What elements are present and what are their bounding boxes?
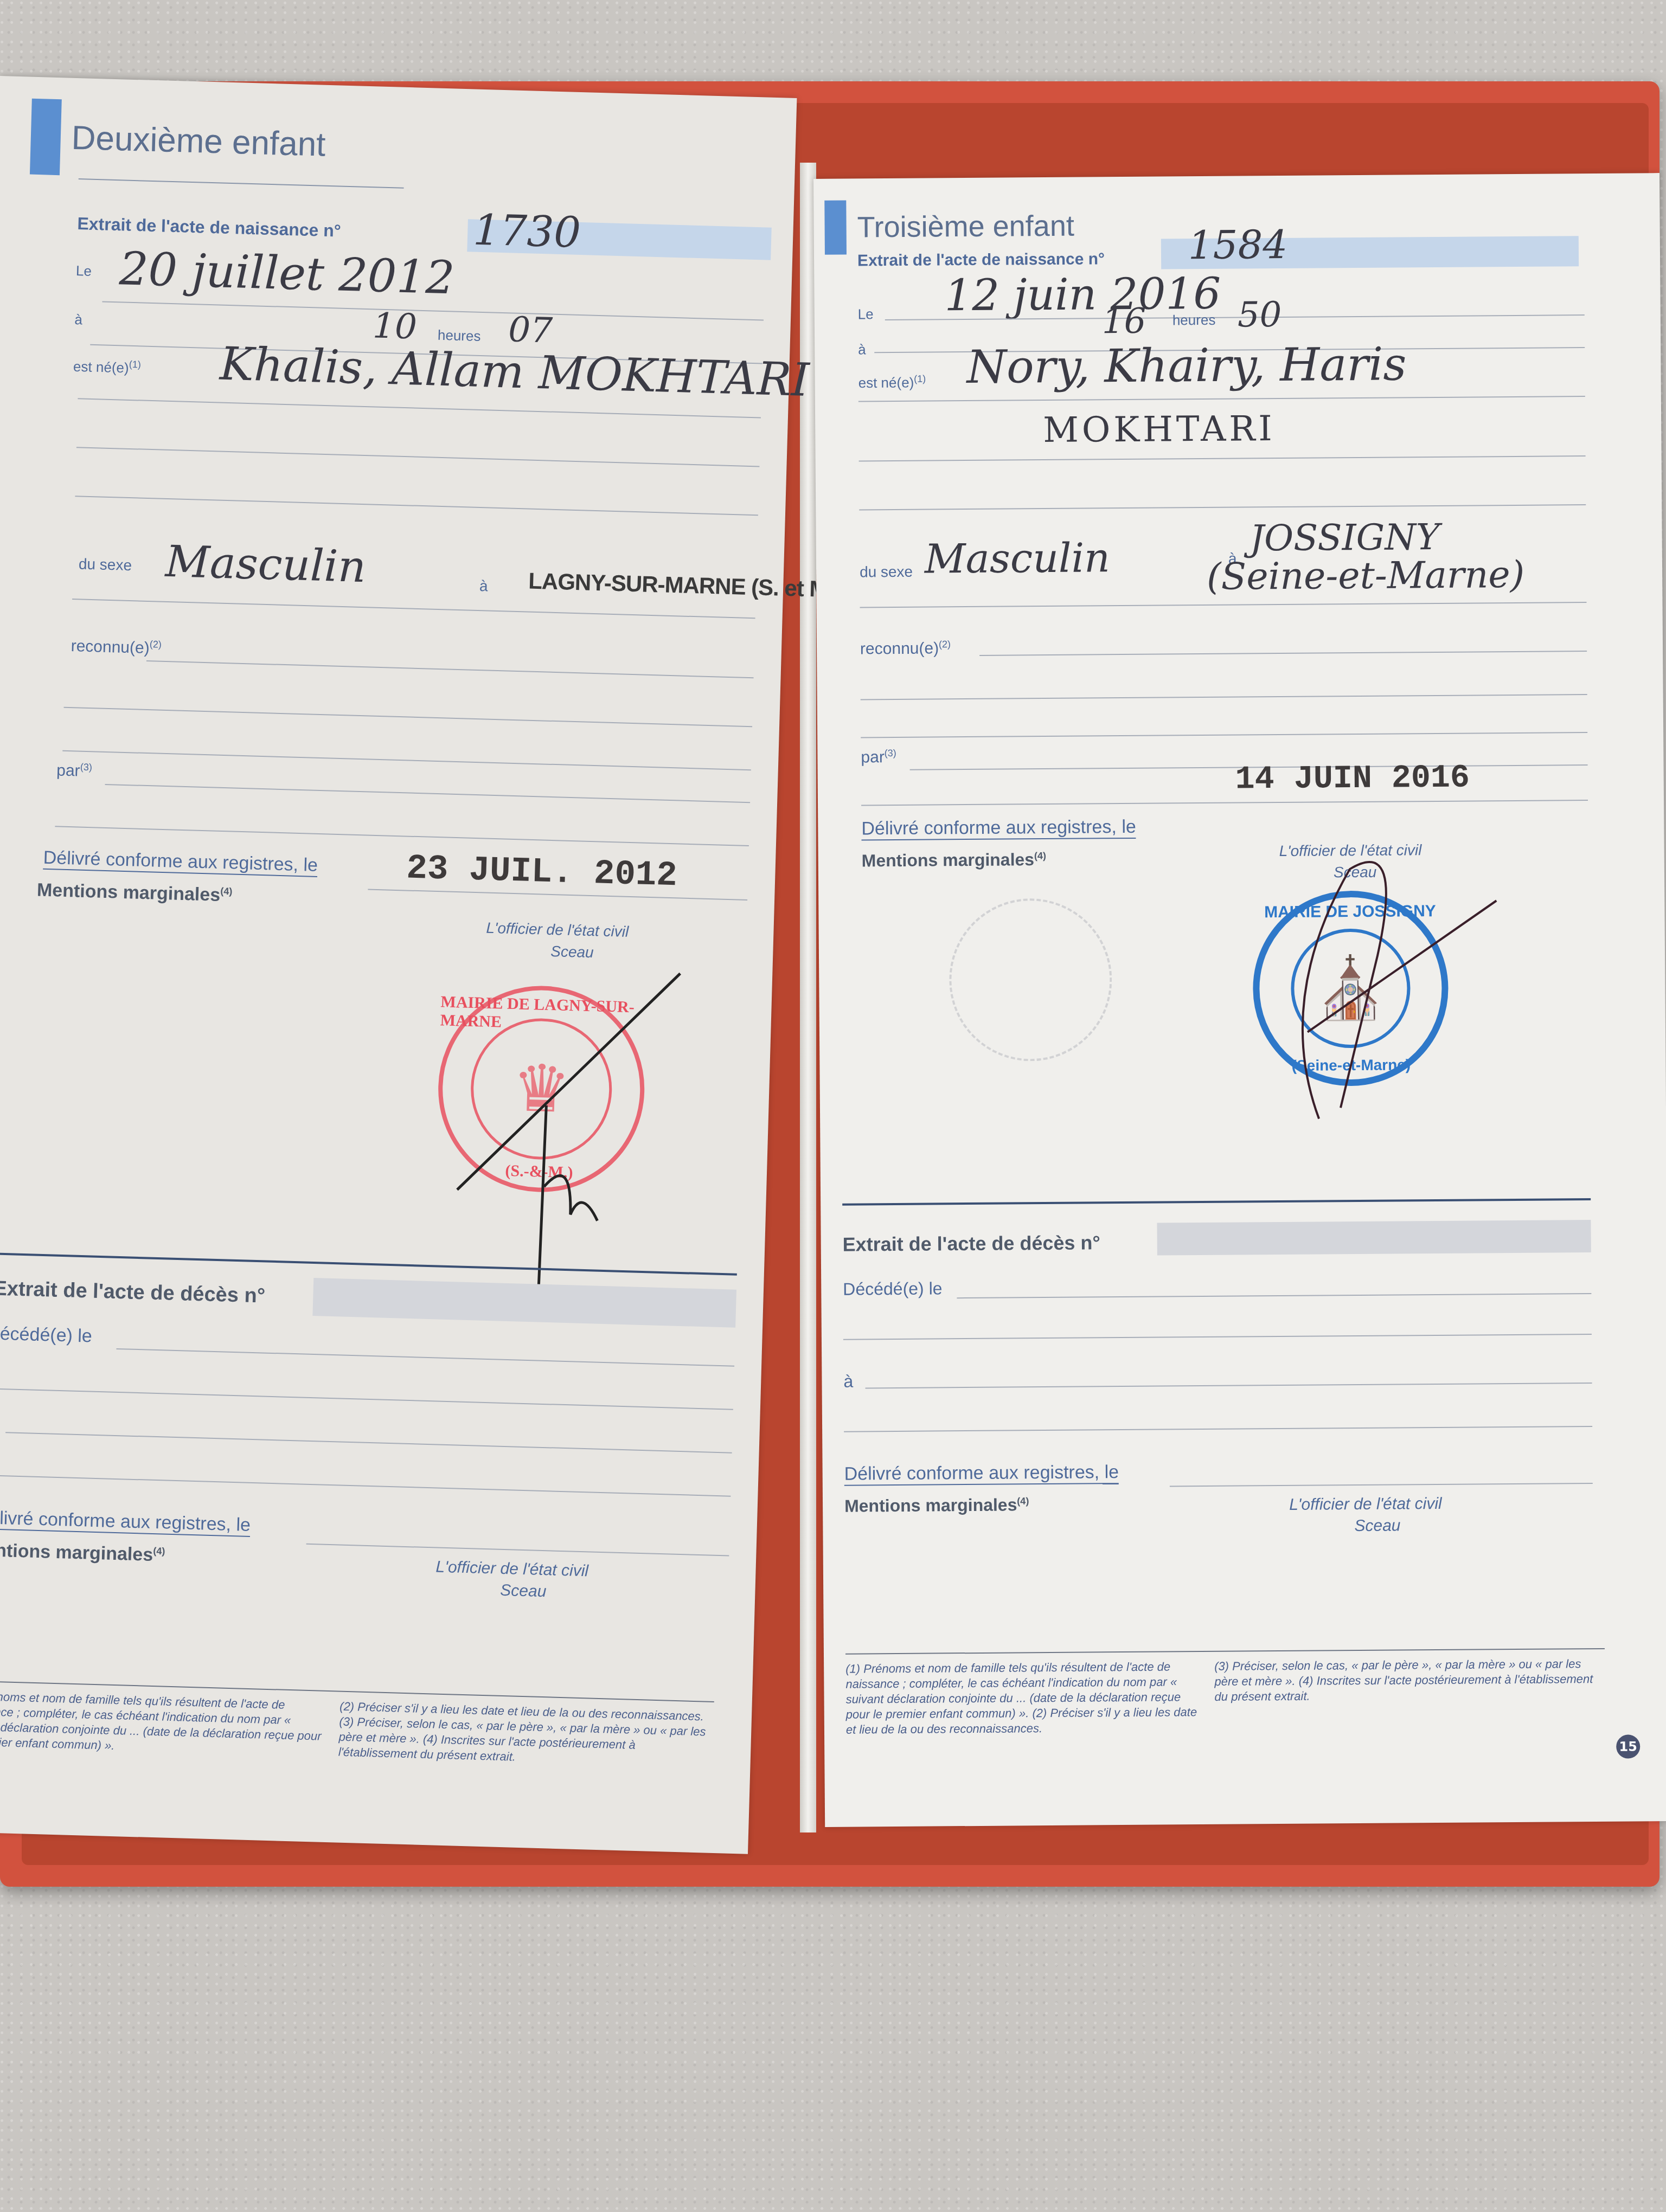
- hours-label: heures: [1172, 312, 1216, 329]
- section-title: Troisième enfant: [857, 209, 1074, 245]
- child-name: Khalis, Allam MOKHTARI: [219, 337, 810, 407]
- officer-signature: [1241, 846, 1504, 1130]
- footnotes-col-1: (1) Prénoms et nom de famille tels qu'il…: [845, 1659, 1204, 1738]
- recognized-rule-3: [861, 732, 1587, 738]
- recognized-label: reconnu(e)(2): [71, 636, 162, 658]
- birthplace-value-line-2: (Seine-et-Marne): [1207, 554, 1524, 599]
- sex-value: Masculin: [165, 536, 367, 592]
- death-extract-label: Extrait de l'acte de décès n°: [843, 1231, 1100, 1256]
- death-officer-label: L'officier de l'état civil: [435, 1558, 588, 1581]
- footnotes-col-1: (1) Prénoms et nom de famille tels qu'il…: [0, 1688, 329, 1759]
- death-place-rule-2: [844, 1426, 1592, 1432]
- recognized-rule-2: [63, 707, 752, 727]
- sex-label: du sexe: [860, 563, 913, 581]
- footnotes-col-2: (3) Préciser, selon le cas, « par le pèr…: [1214, 1656, 1594, 1705]
- place-label: à: [858, 341, 866, 358]
- name-rule-3: [859, 504, 1586, 510]
- death-mentions-label: Mentions marginales(4): [844, 1495, 1029, 1516]
- birth-extract-label: Extrait de l'acte de naissance n°: [857, 250, 1105, 270]
- officer-label: L'officier de l'état civil: [486, 919, 629, 941]
- date-rule: [102, 301, 764, 320]
- blue-tab-marker: [824, 201, 847, 255]
- born-label: est né(e)(1): [73, 357, 141, 377]
- section-header-second-child: Deuxième enfant: [30, 99, 326, 183]
- by-rule-1: [105, 784, 751, 803]
- sex-rule: [72, 599, 755, 619]
- right-page: Troisième enfant Extrait de l'acte de na…: [813, 173, 1666, 1827]
- stamp-rule: [861, 800, 1588, 806]
- death-seal-label: Sceau: [500, 1581, 547, 1601]
- child-name-line-1: Nory, Khairy, Haris: [966, 337, 1407, 394]
- name-rule-2: [76, 447, 760, 467]
- deceased-label: Décédé(e) le: [843, 1278, 942, 1299]
- delivered-label: Délivré conforme aux registres, le: [43, 847, 318, 877]
- page-number-badge: 15: [1616, 1734, 1640, 1758]
- death-place-rule-2: [0, 1475, 731, 1497]
- by-label: par(3): [861, 748, 896, 767]
- recognized-label: reconnu(e)(2): [860, 639, 951, 658]
- sex-value: Masculin: [925, 535, 1111, 582]
- by-rule-2: [55, 826, 749, 846]
- death-place-rule-1: [866, 1382, 1592, 1388]
- by-label: par(3): [56, 761, 92, 781]
- mentions-label: Mentions marginales(4): [862, 850, 1047, 871]
- birth-extract-label: Extrait de l'acte de naissance n°: [77, 214, 341, 241]
- recognized-rule-2: [861, 694, 1587, 700]
- section-header-third-child: Troisième enfant: [824, 199, 1074, 255]
- recognized-rule-1: [146, 660, 754, 678]
- mentions-label: Mentions marginales(4): [37, 879, 233, 906]
- recognized-rule-1: [979, 651, 1587, 656]
- deceased-rule-2: [0, 1388, 733, 1410]
- death-delivered-label: Délivré conforme aux registres, le: [844, 1462, 1119, 1486]
- blue-tab-marker: [30, 99, 62, 175]
- delivered-date-stamp: 23 JUIL. 2012: [406, 850, 677, 896]
- date-label: Le: [858, 306, 874, 323]
- child-name-line-2: MOKHTARI: [1043, 409, 1276, 451]
- birthplace-label: à: [479, 577, 488, 595]
- birth-extract-number: 1730: [472, 205, 581, 258]
- officer-signature: [444, 956, 724, 1300]
- death-section-divider: [842, 1198, 1591, 1206]
- death-extract-label: Extrait de l'acte de décès n°: [0, 1277, 266, 1308]
- birth-extract-number: 1584: [1188, 222, 1288, 268]
- delivered-date-stamp: 14 JUIN 2016: [1235, 760, 1470, 799]
- footnote-rule: [845, 1648, 1605, 1655]
- birthplace-value-line-1: JOSSIGNY: [1249, 516, 1439, 559]
- birth-minute-value: 50: [1238, 295, 1282, 336]
- born-label: est né(e)(1): [858, 374, 926, 392]
- date-label: Le: [76, 262, 92, 280]
- death-seal-label: Sceau: [1354, 1517, 1400, 1536]
- birth-date-value: 20 juillet 2012: [119, 242, 456, 304]
- place-label: à: [74, 311, 82, 328]
- left-page: Deuxième enfant Extrait de l'acte de nai…: [0, 76, 797, 1854]
- death-number-field: [1157, 1220, 1591, 1256]
- death-delivered-rule: [1170, 1483, 1593, 1487]
- recognized-rule-3: [62, 750, 751, 770]
- death-officer-label: L'officier de l'état civil: [1289, 1495, 1442, 1514]
- death-place-label: à: [843, 1372, 853, 1392]
- footnotes-col-2: (2) Préciser s'il y a lieu les date et l…: [338, 1699, 709, 1770]
- deceased-label: Décédé(e) le: [0, 1323, 92, 1347]
- delivered-label: Délivré conforme aux registres, le: [861, 816, 1136, 841]
- sex-rule: [860, 602, 1587, 608]
- section-title: Deuxième enfant: [71, 118, 326, 164]
- death-mentions-label: Mentions marginales(4): [0, 1540, 165, 1566]
- deceased-rule-2: [843, 1334, 1592, 1340]
- name-rule-2: [859, 455, 1586, 461]
- book-spine: [800, 163, 816, 1832]
- birth-hour-value: 16: [1102, 301, 1146, 342]
- deceased-rule-1: [116, 1348, 734, 1367]
- name-rule-1: [858, 396, 1585, 402]
- hours-label: heures: [438, 327, 481, 345]
- deceased-rule-1: [957, 1293, 1591, 1298]
- faded-seal-ring: [949, 898, 1112, 1062]
- faded-seal-imprint: [949, 898, 1112, 1062]
- death-place-rule-1: [5, 1432, 732, 1453]
- seal-label: Sceau: [550, 943, 594, 961]
- death-delivered-rule: [306, 1544, 729, 1557]
- death-delivered-label: Délivré conforme aux registres, le: [0, 1507, 251, 1537]
- sex-label: du sexe: [78, 555, 132, 574]
- name-rule-3: [75, 496, 758, 516]
